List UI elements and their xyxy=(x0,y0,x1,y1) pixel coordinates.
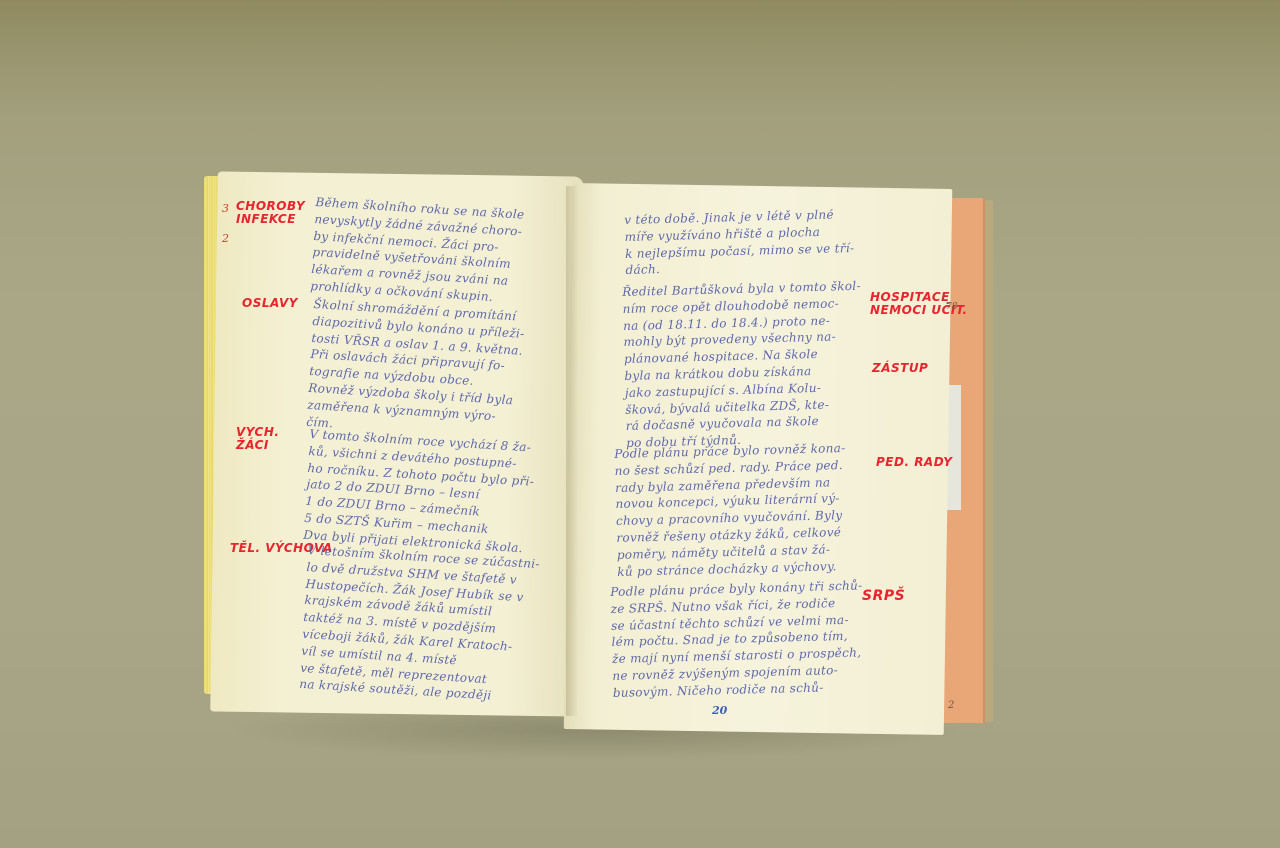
heading-choroby-infekce: CHOROBY INFEKCE xyxy=(236,200,305,226)
pencil-mark: 78 xyxy=(946,302,957,312)
section-text-continuation: v této době. Jinak je v létě v plné míře… xyxy=(624,206,855,279)
heading-zastup: ZÁSTUP xyxy=(872,362,928,375)
section-text-choroby: Během školního roku se na škole nevyskyt… xyxy=(310,194,525,307)
cover-mark: 2 xyxy=(948,700,954,711)
section-text-ped-rady: Podle plánu práce bylo rovněž kona- no š… xyxy=(614,440,849,580)
section-text-tel-vychova: V letošním školním roce se zúčastni- lo … xyxy=(299,542,540,707)
section-text-hospitace: Ředitel Bartůšková byla v tomto škol- ní… xyxy=(622,278,865,452)
section-text-vych-zaci: V tomto školním roce vychází 8 ža- ků, v… xyxy=(303,426,537,557)
section-text-srps: Podle plánu práce byly konány tři schů- … xyxy=(610,577,865,701)
book-gutter xyxy=(566,186,578,716)
side-number: 3 xyxy=(222,202,229,215)
heading-oslavy: OSLAVY xyxy=(242,297,298,310)
page-number: 20 xyxy=(712,704,727,717)
section-text-oslavy: Školní shromáždění a promítání diapoziti… xyxy=(306,296,526,443)
side-number: 2 xyxy=(222,232,229,245)
heading-ped-rady: PED. RADY xyxy=(876,456,952,469)
heading-vych-zaci: VYCH. ŽÁCI xyxy=(236,426,279,452)
heading-srps: SRPŠ xyxy=(862,590,905,603)
